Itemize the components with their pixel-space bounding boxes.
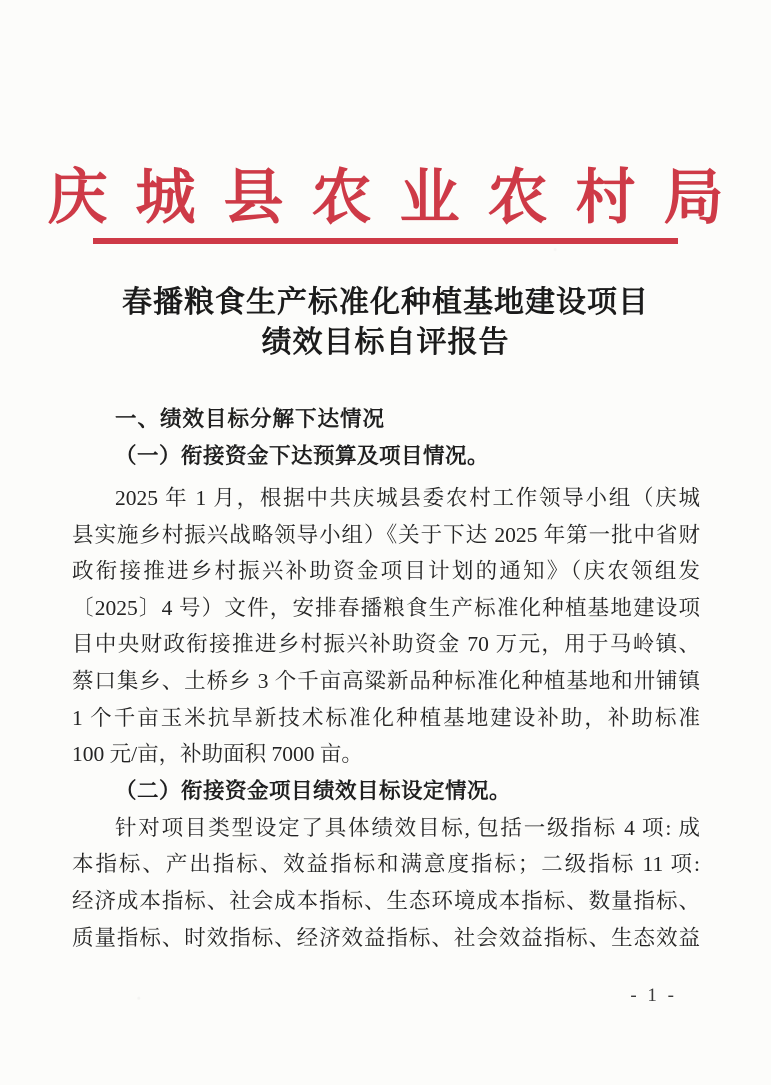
text-line: 本指标、产出指标、效益指标和满意度指标；二级指标 11 项: [72, 846, 700, 883]
paragraph-1: 2025 年 1 月，根据中共庆城县委农村工作领导小组（庆城县实施乡村振兴战略领… [72, 480, 700, 773]
document-title: 春播粮食生产标准化种植基地建设项目 绩效目标自评报告 [0, 283, 771, 363]
text-line: 〔2025〕4 号）文件，安排春播粮食生产标准化种植基地建设项 [72, 590, 700, 627]
text-line: 2025 年 1 月，根据中共庆城县委农村工作领导小组（庆城 [72, 480, 700, 517]
text-line: 质量指标、时效指标、经济效益指标、社会效益指标、生态效益 [72, 920, 700, 957]
document-title-line-1: 春播粮食生产标准化种植基地建设项目 [0, 283, 771, 323]
section-heading-1: 一、绩效目标分解下达情况 [72, 401, 700, 438]
letterhead-divider-line [93, 238, 678, 244]
document-title-line-2: 绩效目标自评报告 [0, 323, 771, 363]
text-line: 100 元/亩，补助面积 7000 亩。 [72, 736, 700, 773]
text-line: 蔡口集乡、土桥乡 3 个千亩高粱新品种标准化种植基地和卅铺镇 [72, 663, 700, 700]
text-line: 县实施乡村振兴战略领导小组）《关于下达 2025 年第一批中省财 [72, 517, 700, 554]
subsection-heading-1: （一）衔接资金下达预算及项目情况。 [72, 438, 700, 475]
document-body: 一、绩效目标分解下达情况 （一）衔接资金下达预算及项目情况。 2025 年 1 … [72, 401, 700, 956]
page-number: - 1 - [630, 985, 677, 1007]
text-line: 1 个千亩玉米抗旱新技术标准化种植基地建设补助，补助标准 [72, 700, 700, 737]
text-line: 政衔接推进乡村振兴补助资金项目计划的通知》（庆农领组发 [72, 553, 700, 590]
text-line: 目中央财政衔接推进乡村振兴补助资金 70 万元，用于马岭镇、 [72, 626, 700, 663]
text-line: 经济成本指标、社会成本指标、生态环境成本指标、数量指标、 [72, 883, 700, 920]
letterhead-org-name: 庆城县农业农村局 [0, 162, 771, 234]
subsection-heading-2: （二）衔接资金项目绩效目标设定情况。 [72, 773, 700, 810]
paragraph-2: 针对项目类型设定了具体绩效目标, 包括一级指标 4 项: 成本指标、产出指标、效… [72, 810, 700, 956]
text-line: 针对项目类型设定了具体绩效目标, 包括一级指标 4 项: 成 [72, 810, 700, 847]
document-page: 庆城县农业农村局 春播粮食生产标准化种植基地建设项目 绩效目标自评报告 一、绩效… [0, 0, 771, 1085]
